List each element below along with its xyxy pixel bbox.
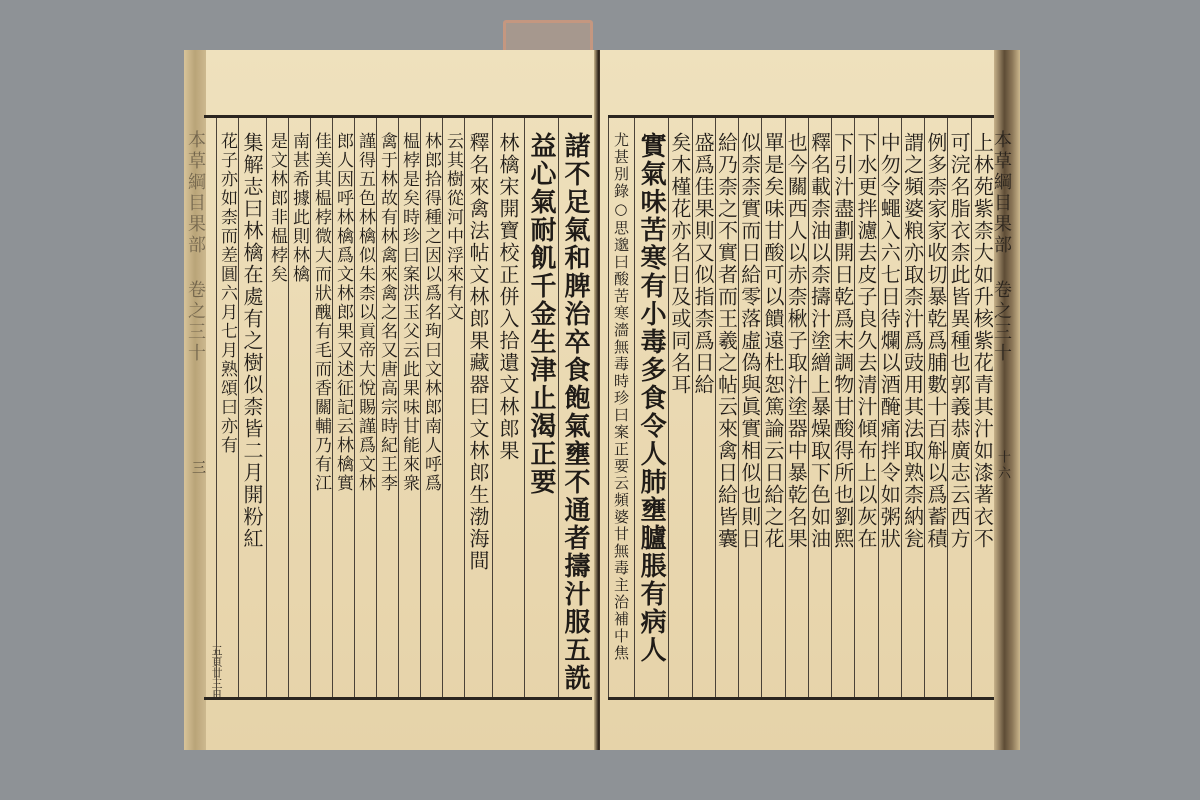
text-column: 下引汁盡劃開日乾爲末調物甘酸得所也劉熙	[831, 118, 854, 697]
text-column: 給乃柰之不實者而王羲之帖云來禽日給皆囊	[715, 118, 738, 697]
text-column: 釋名載柰油以柰擣汁塗繒上暴燥取下色如油	[808, 118, 831, 697]
right-page: 本草綱目果部 卷之三十 十六 上林苑紫柰大如升核紫花青其汁如漆著衣不 可浣名脂衣…	[600, 50, 1020, 750]
text-column: 是文林郎非榅桲矣	[266, 118, 288, 697]
text-column: 榅桲是矣時珍曰案洪玉父云此果味甘能來衆	[398, 118, 420, 697]
text-column: 佳美其榅桲微大而狀醜有毛而香關輔乃有江	[310, 118, 332, 697]
text-column: 禽于林故有林禽來禽之名又唐高宗時紀王李	[376, 118, 398, 697]
text-column: 尤甚別錄○思邈曰酸苦寒濇無毒時珍曰案正要云頻婆甘無毒主治補中焦	[608, 118, 634, 697]
text-column: 單是矣味甘酸可以饋遠杜恕篤論云日給之花	[761, 118, 784, 697]
text-column: 林郎拾得種之因以爲名珣曰文林郎南人呼爲	[420, 118, 442, 697]
text-column: 中勿令蠅入六七日待爛以酒醃痛拌令如粥狀	[878, 118, 901, 697]
text-column: 謂之頻婆粮亦取柰汁爲豉用其法取熟柰納瓮	[901, 118, 924, 697]
right-margin-page-number: 十六	[993, 450, 1012, 482]
text-column: 矣木槿花亦名日及或同名耳	[668, 118, 691, 697]
text-column: 云其樹從河中浮來有文	[442, 118, 464, 697]
text-column: 也今關西人以赤柰楸子取汁塗器中暴乾名果	[785, 118, 808, 697]
text-column: 盛爲佳果則又似指柰爲日給	[692, 118, 715, 697]
text-column: 下水更拌濾去皮子良久去清汁傾布上以灰在	[854, 118, 877, 697]
text-column: 林檎宋開寶校正併入拾遺文林郎果	[492, 118, 524, 697]
left-text-frame: 諸不足氣和脾治卒食飽氣壅不通者擣汁服五詵 益心氣耐飢千金生津止渴正要 林檎宋開寶…	[204, 115, 592, 700]
text-column: 釋名來禽法帖文林郎果藏器曰文林郎生渤海間	[464, 118, 492, 697]
text-column: 上林苑紫柰大如升核紫花青其汁如漆著衣不	[971, 118, 994, 697]
right-text-frame: 上林苑紫柰大如升核紫花青其汁如漆著衣不 可浣名脂衣柰此皆異種也郭義恭廣志云西方 …	[608, 115, 994, 700]
left-page: 本草綱目果部 卷之三十 三 五頁廿三日 諸不足氣和脾治卒食飽氣壅不通者擣汁服五詵…	[184, 50, 598, 750]
text-column: 可浣名脂衣柰此皆異種也郭義恭廣志云西方	[947, 118, 970, 697]
text-column: 謹得五色林檎似朱柰以貢帝大悅賜謹爲文林	[354, 118, 376, 697]
text-column: 諸不足氣和脾治卒食飽氣壅不通者擣汁服五詵	[558, 118, 592, 697]
text-column: 郎人因呼林檎爲文林郎果又述征記云林檎實	[332, 118, 354, 697]
open-book: 本草綱目果部 卷之三十 三 五頁廿三日 諸不足氣和脾治卒食飽氣壅不通者擣汁服五詵…	[184, 50, 1020, 750]
text-column: 花子亦如柰而差圓六月七月熟頌曰亦有	[216, 118, 238, 697]
text-column: 例多柰家家收切暴乾爲脯數十百斛以爲蓄積	[924, 118, 947, 697]
text-column: 實氣味苦寒有小毒多食令人肺壅臚脹有病人	[634, 118, 668, 697]
text-column: 似柰柰實而日給零落虛偽與眞實相似也則日	[738, 118, 761, 697]
text-column: 益心氣耐飢千金生津止渴正要	[524, 118, 558, 697]
text-column: 集解志曰林檎在處有之樹似柰皆二月開粉紅	[238, 118, 266, 697]
text-column: 南甚希據此則林檎	[288, 118, 310, 697]
